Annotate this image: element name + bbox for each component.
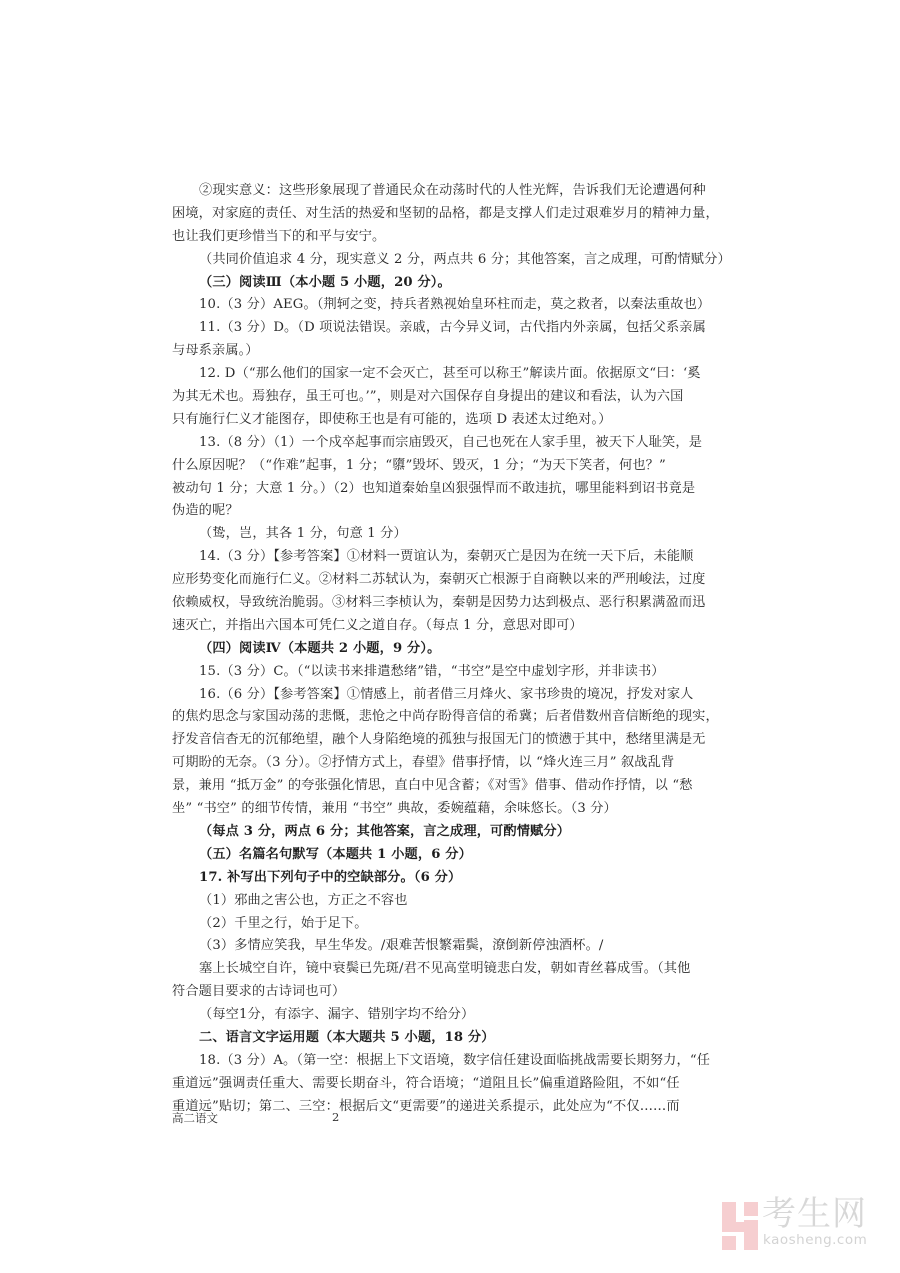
text-line: 10.（3 分）AEG。（荆轲之变，持兵者熟视始皇环柱而走，莫之救者，以秦法重故… (172, 294, 750, 317)
text-line: 15.（3 分）C。（“以读书来排遣愁绪”错，“书空”是空中虚划字形，并非读书） (172, 661, 750, 684)
text-line: 坐” “书空” 的细节传情，兼用 “书空” 典故，委婉蕴藉，余味悠长。（3 分） (172, 798, 750, 821)
text-line: 的焦灼思念与家国动荡的悲慨，悲怆之中尚存盼得音信的希冀；后者借数州音信断绝的现实… (172, 706, 750, 729)
text-line: 抒发音信杳无的沉郁绝望，融个人身陷绝境的孤独与报国无门的愤懑于其中，愁绪里满是无 (172, 729, 750, 752)
text-line: 什么原因呢？（“作难”起事，1 分；“隳”毁坏、毁灭，1 分；“为天下笑者，何也… (172, 455, 750, 478)
text-line: 依赖威权，导致统治脆弱。③材料三李桢认为，秦朝是因势力达到极点、恶行积累满盈而迅 (172, 592, 750, 615)
section-heading-line: 二、语言文字运用题（本大题共 5 小题，18 分） (172, 1027, 750, 1050)
text-line: （鸷，岂，其各 1 分，句意 1 分） (172, 523, 750, 546)
text-line: 为其无术也。焉独存，虽王可也。’”，则是对六国保存自身提出的建议和看法，认为六国 (172, 386, 750, 409)
text-line: 16.（6 分）【参考答案】①情感上，前者借三月烽火、家书珍贵的境况，抒发对家人 (172, 684, 750, 707)
text-line: （1）邪曲之害公也，方正之不容也 (172, 890, 750, 913)
footer-page-number: 2 (332, 1110, 339, 1124)
text-line: （每空1分，有添字、漏字、错别字均不给分） (172, 1004, 750, 1027)
text-line: 14.（3 分）【参考答案】①材料一贾谊认为，秦朝灭亡是因为在统一天下后，未能顺 (172, 546, 750, 569)
text-line: 重道远”强调责任重大、需要长期奋斗，符合语境；“道阻且长”偏重道路险阻，不如“任 (172, 1073, 750, 1096)
text-line: 符合题目要求的古诗词也可） (172, 981, 750, 1004)
text-line: 重道远”贴切；第二、三空：根据后文“更需要”的递进关系提示，此处应为“不仅……而 (172, 1096, 750, 1119)
text-line: 应形势变化而施行仁义。②材料二苏轼认为，秦朝灭亡根源于自商鞅以来的严刑峻法，过度 (172, 569, 750, 592)
text-line: 伪造的呢？ (172, 500, 750, 523)
text-line: （共同价值追求 4 分，现实意义 2 分，两点共 6 分；其他答案，言之成理，可… (172, 249, 750, 272)
watermark-domain: kaosheng.com (763, 1232, 867, 1248)
text-line: 也让我们更珍惜当下的和平与安宁。 (172, 226, 750, 249)
watermark-name: 考生网 (762, 1194, 867, 1234)
text-line: 困境，对家庭的责任、对生活的热爱和坚韧的品格，都是支撑人们走过艰难岁月的精神力量… (172, 203, 750, 226)
text-line: 塞上长城空自许，镜中衰鬓已先斑/君不见高堂明镜悲白发，朝如青丝暮成雪。（其他 (172, 958, 750, 981)
footer-subject: 高二语文 (172, 1110, 218, 1126)
text-line: （2）千里之行，始于足下。 (172, 913, 750, 936)
section-heading-line: （三）阅读Ⅲ（本小题 5 小题，20 分）。 (172, 272, 750, 295)
section-heading-line: （四）阅读Ⅳ（本题共 2 小题，9 分）。 (172, 638, 750, 661)
text-line: 被动句 1 分；大意 1 分。）（2）也知道秦始皇凶狠强悍而不敢违抗，哪里能料到… (172, 478, 750, 501)
section-heading-line: （五）名篇名句默写（本题共 1 小题，6 分） (172, 844, 750, 867)
text-line: 18.（3 分）A。（第一空：根据上下文语境，数字信任建设面临挑战需要长期努力，… (172, 1050, 750, 1073)
section-heading-line: 17. 补写出下列句子中的空缺部分。（6 分） (172, 867, 750, 890)
section-heading-line: （每点 3 分，两点 6 分；其他答案，言之成理，可酌情赋分） (172, 821, 750, 844)
text-line: 11.（3 分）D。（D 项说法错误。亲戚，古今异义词，古代指内外亲属，包括父系… (172, 317, 750, 340)
text-line: 速灭亡，并指出六国本可凭仁义之道自存。（每点 1 分，意思对即可） (172, 615, 750, 638)
kaosheng-watermark: 考生网 kaosheng.com (722, 1200, 882, 1256)
text-line: 可期盼的无奈。（3 分）。②抒情方式上，春望》借事抒情，以 “烽火连三月” 叙战… (172, 752, 750, 775)
text-line: 只有施行仁义才能图存，即使称王也是有可能的，选项 D 表述太过绝对。） (172, 409, 750, 432)
kaosheng-logo-icon (722, 1202, 758, 1250)
text-line: 景，兼用 “抵万金” 的夸张强化情思，直白中见含蓄；《对雪》借事、借动作抒情，以… (172, 775, 750, 798)
text-line: 12. D（“那么他们的国家一定不会灭亡，甚至可以称王”解读片面。依据原文“曰：… (172, 363, 750, 386)
text-line: 13.（8 分）（1）一个戍卒起事而宗庙毁灭，自己也死在人家手里，被天下人耻笑，… (172, 432, 750, 455)
text-line: （3）多情应笑我，早生华发。/艰难苦恨繁霜鬓，潦倒新停浊酒杯。/ (172, 935, 750, 958)
answer-key-body: ②现实意义：这些形象展现了普通民众在动荡时代的人性光辉，告诉我们无论遭遇何种困境… (172, 180, 750, 1119)
text-line: ②现实意义：这些形象展现了普通民众在动荡时代的人性光辉，告诉我们无论遭遇何种 (172, 180, 750, 203)
text-line: 与母系亲属。） (172, 340, 750, 363)
